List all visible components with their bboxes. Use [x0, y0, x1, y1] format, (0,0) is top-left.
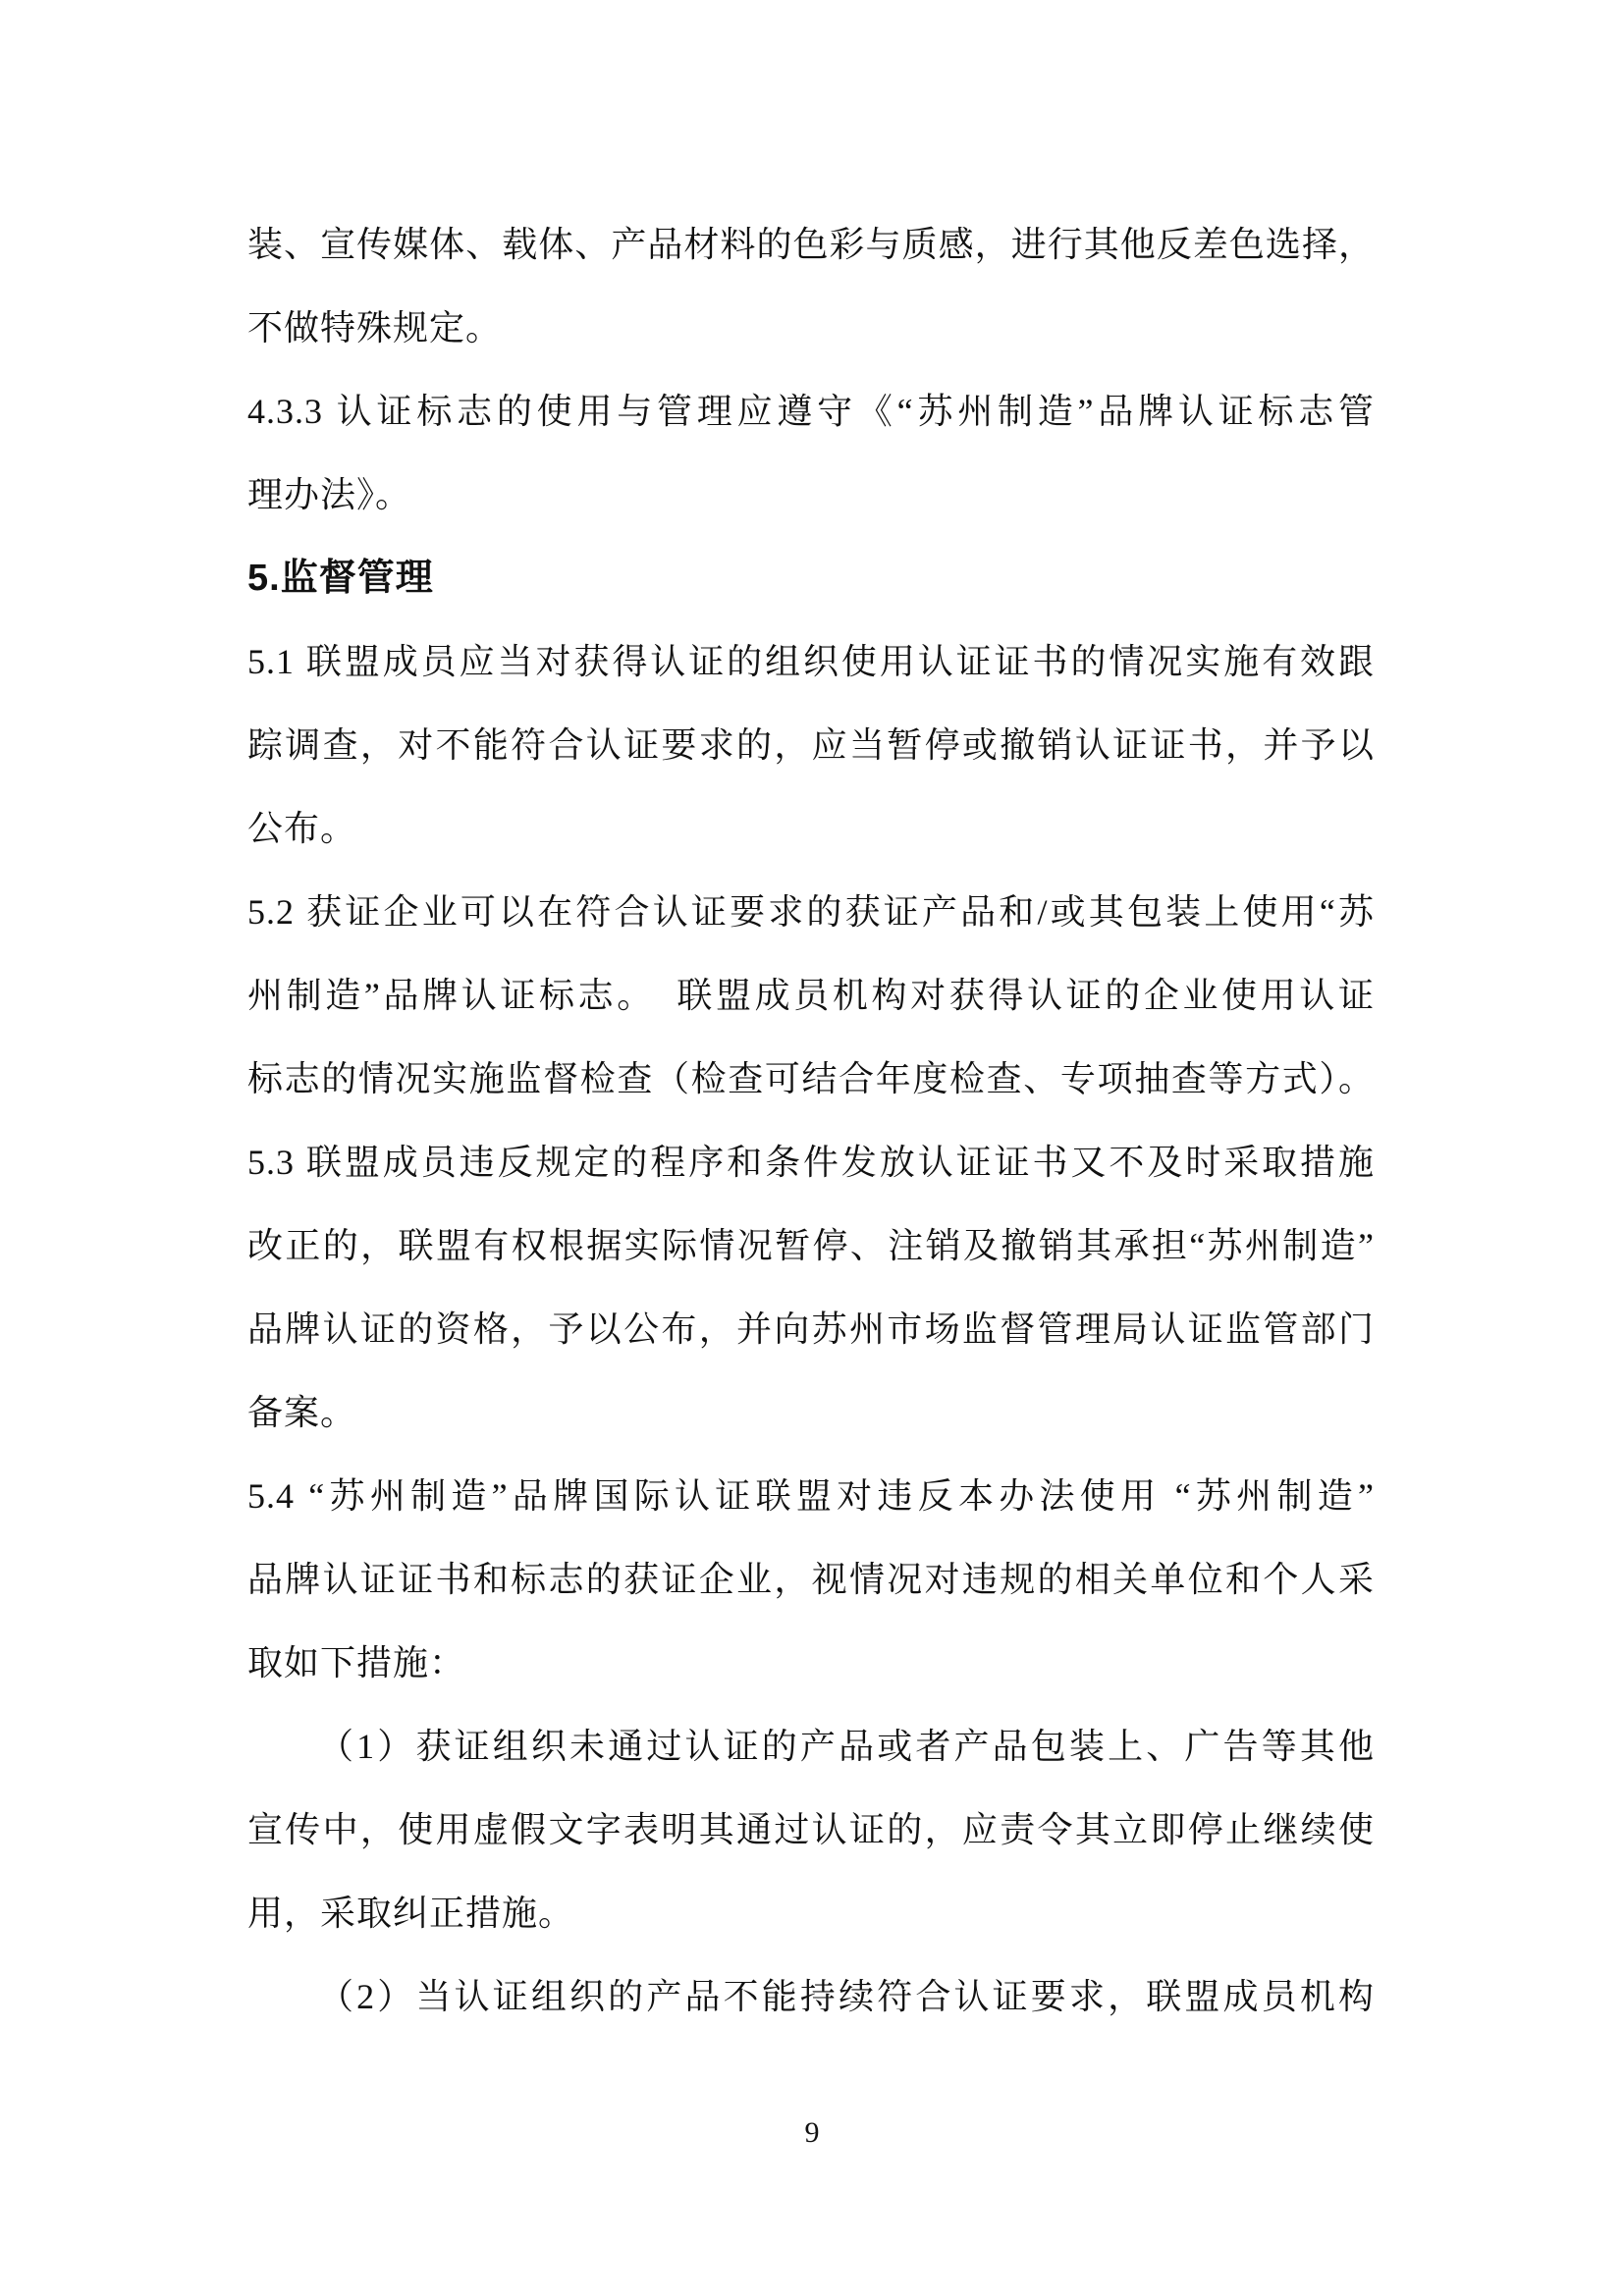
text-line: 州制造”品牌认证标志。 联盟成员机构对获得认证的企业使用认证 — [247, 954, 1375, 1038]
text-line: 踪调查，对不能符合认证要求的，应当暂停或撤销认证证书，并予以 — [247, 704, 1375, 787]
para-item-2: （2）当认证组织的产品不能持续符合认证要求，联盟成员机构 — [247, 1955, 1375, 2039]
text-line: 改正的，联盟有权根据实际情况暂停、注销及撤销其承担“苏州制造” — [247, 1204, 1375, 1288]
heading-5-supervision: 5.监督管理 — [247, 537, 1375, 620]
text-line: 公布。 — [247, 787, 1375, 871]
para-5-1: 5.1 联盟成员应当对获得认证的组织使用认证证书的情况实施有效跟踪调查，对不能符… — [247, 620, 1375, 871]
text-line: 用，采取纠正措施。 — [247, 1872, 1375, 1955]
text-line: （2）当认证组织的产品不能持续符合认证要求，联盟成员机构 — [247, 1955, 1375, 2039]
text-line: 5.监督管理 — [247, 537, 1375, 620]
text-line: 4.3.3 认证标志的使用与管理应遵守《“苏州制造”品牌认证标志管 — [247, 370, 1375, 454]
text-line: 品牌认证的资格，予以公布，并向苏州市场监督管理局认证监管部门 — [247, 1288, 1375, 1371]
text-block: 装、宣传媒体、载体、产品材料的色彩与质感，进行其他反差色选择，不做特殊规定。4.… — [247, 203, 1375, 2039]
text-line: （1）获证组织未通过认证的产品或者产品包装上、广告等其他 — [247, 1705, 1375, 1789]
text-line: 理办法》。 — [247, 454, 1375, 537]
para-5-3: 5.3 联盟成员违反规定的程序和条件发放认证证书又不及时采取措施改正的，联盟有权… — [247, 1121, 1375, 1455]
text-line: 取如下措施： — [247, 1622, 1375, 1705]
text-line: 备案。 — [247, 1371, 1375, 1455]
para-4-3-2-continuation: 装、宣传媒体、载体、产品材料的色彩与质感，进行其他反差色选择，不做特殊规定。 — [247, 203, 1375, 370]
para-item-1: （1）获证组织未通过认证的产品或者产品包装上、广告等其他宣传中，使用虚假文字表明… — [247, 1705, 1375, 1955]
text-line: 5.3 联盟成员违反规定的程序和条件发放认证证书又不及时采取措施 — [247, 1121, 1375, 1204]
para-5-2: 5.2 获证企业可以在符合认证要求的获证产品和/或其包装上使用“苏州制造”品牌认… — [247, 871, 1375, 1121]
text-line: 5.2 获证企业可以在符合认证要求的获证产品和/或其包装上使用“苏 — [247, 871, 1375, 954]
para-5-4: 5.4 “苏州制造”品牌国际认证联盟对违反本办法使用 “苏州制造”品牌认证证书和… — [247, 1455, 1375, 1705]
page-number: 9 — [0, 2116, 1624, 2150]
document-page: 装、宣传媒体、载体、产品材料的色彩与质感，进行其他反差色选择，不做特殊规定。4.… — [0, 0, 1624, 2296]
text-line: 品牌认证证书和标志的获证企业，视情况对违规的相关单位和个人采 — [247, 1538, 1375, 1622]
text-line: 5.4 “苏州制造”品牌国际认证联盟对违反本办法使用 “苏州制造” — [247, 1455, 1375, 1538]
text-line: 装、宣传媒体、载体、产品材料的色彩与质感，进行其他反差色选择， — [247, 203, 1375, 287]
text-line: 宣传中，使用虚假文字表明其通过认证的，应责令其立即停止继续使 — [247, 1789, 1375, 1872]
text-line: 5.1 联盟成员应当对获得认证的组织使用认证证书的情况实施有效跟 — [247, 620, 1375, 704]
text-line: 标志的情况实施监督检查（检查可结合年度检查、专项抽查等方式）。 — [247, 1038, 1375, 1121]
text-line: 不做特殊规定。 — [247, 287, 1375, 370]
para-4-3-3: 4.3.3 认证标志的使用与管理应遵守《“苏州制造”品牌认证标志管理办法》。 — [247, 370, 1375, 537]
